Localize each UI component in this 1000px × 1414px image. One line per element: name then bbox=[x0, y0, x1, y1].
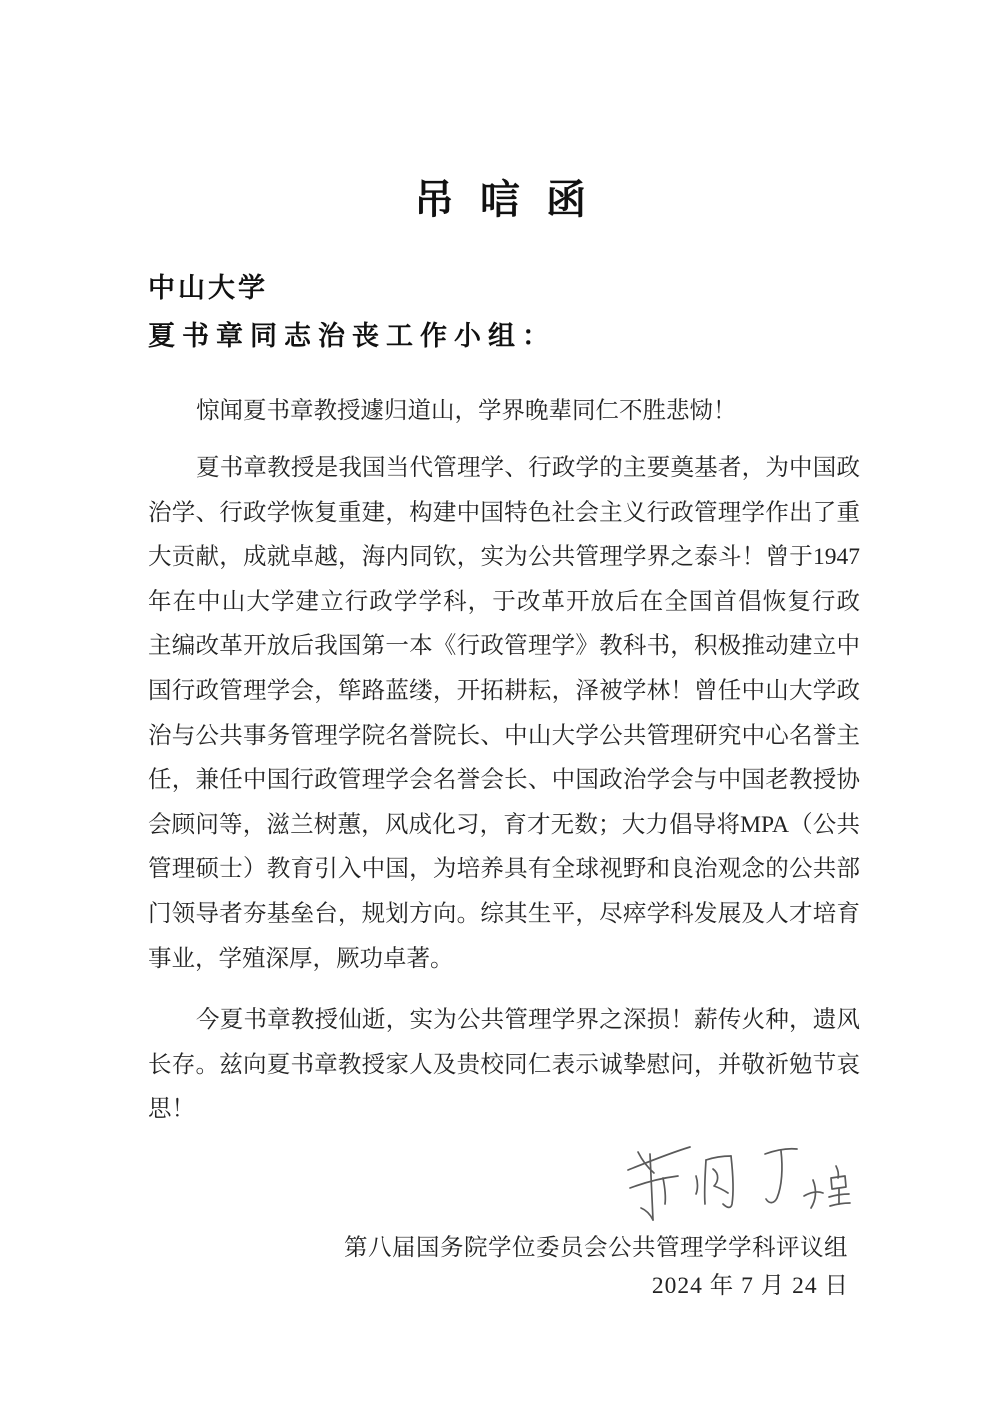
closing-line: 思！ bbox=[148, 1087, 860, 1132]
tribute-line: 管理硕士）教育引入中国，为培养具有全球视野和良治观念的公共部 bbox=[148, 847, 860, 892]
tribute-line: 治学、行政学恢复重建，构建中国特色社会主义行政管理学作出了重 bbox=[148, 491, 860, 536]
tribute-line: 夏书章教授是我国当代管理学、行政学的主要奠基者，为中国政 bbox=[148, 446, 860, 491]
paragraph-closing: 今夏书章教授仙逝，实为公共管理学界之深损！薪传火种，遗风 长存。兹向夏书章教授家… bbox=[148, 998, 860, 1132]
handwritten-signatures bbox=[608, 1136, 864, 1234]
page-title: 吊唁函 bbox=[0, 168, 1000, 225]
tribute-line: 事业，学殖深厚，厥功卓著。 bbox=[148, 937, 860, 982]
tribute-line: 任，兼任中国行政管理学会名誉会长、中国政治学会与中国老教授协 bbox=[148, 758, 860, 803]
tribute-line: 大贡献，成就卓越，海内同钦，实为公共管理学界之泰斗！曾于1947 bbox=[148, 535, 860, 580]
paragraph-opening: 惊闻夏书章教授遽归道山，学界晚辈同仁不胜悲恸！ bbox=[148, 394, 860, 428]
tribute-line: 年在中山大学建立行政学学科，于改革开放后在全国首倡恢复行政学， bbox=[148, 580, 860, 625]
sender-organization: 第八届国务院学位委员会公共管理学学科评议组 bbox=[344, 1228, 848, 1262]
sender-date: 2024 年 7 月 24 日 bbox=[652, 1266, 849, 1300]
closing-line: 长存。兹向夏书章教授家人及贵校同仁表示诚挚慰问，并敬祈勉节哀 bbox=[148, 1043, 860, 1088]
closing-line: 今夏书章教授仙逝，实为公共管理学界之深损！薪传火种，遗风 bbox=[148, 998, 860, 1043]
recipient-university: 中山大学 bbox=[148, 266, 268, 305]
signature-ding-huang bbox=[765, 1149, 850, 1208]
condolence-letter-page: 吊唁函 中山大学 夏书章同志治丧工作小组： 惊闻夏书章教授遽归道山，学界晚辈同仁… bbox=[0, 0, 1000, 1414]
tribute-line: 国行政管理学会，筚路蓝缕，开拓耕耘，泽被学林！曾任中山大学政 bbox=[148, 669, 860, 714]
paragraph-tribute: 夏书章教授是我国当代管理学、行政学的主要奠基者，为中国政 治学、行政学恢复重建，… bbox=[148, 446, 860, 981]
tribute-line: 门领导者夯基垒台，规划方向。综其生平，尽瘁学科发展及人才培育 bbox=[148, 892, 860, 937]
tribute-line: 会顾问等，滋兰树蕙，风成化习，育才无数；大力倡导将MPA（公共 bbox=[148, 803, 860, 848]
recipient-group: 夏书章同志治丧工作小组： bbox=[148, 314, 556, 353]
tribute-line: 主编改革开放后我国第一本《行政管理学》教科书，积极推动建立中 bbox=[148, 624, 860, 669]
tribute-line: 治与公共事务管理学院名誉院长、中山大学公共管理研究中心名誉主 bbox=[148, 714, 860, 759]
signature-xue-lan bbox=[628, 1147, 733, 1220]
